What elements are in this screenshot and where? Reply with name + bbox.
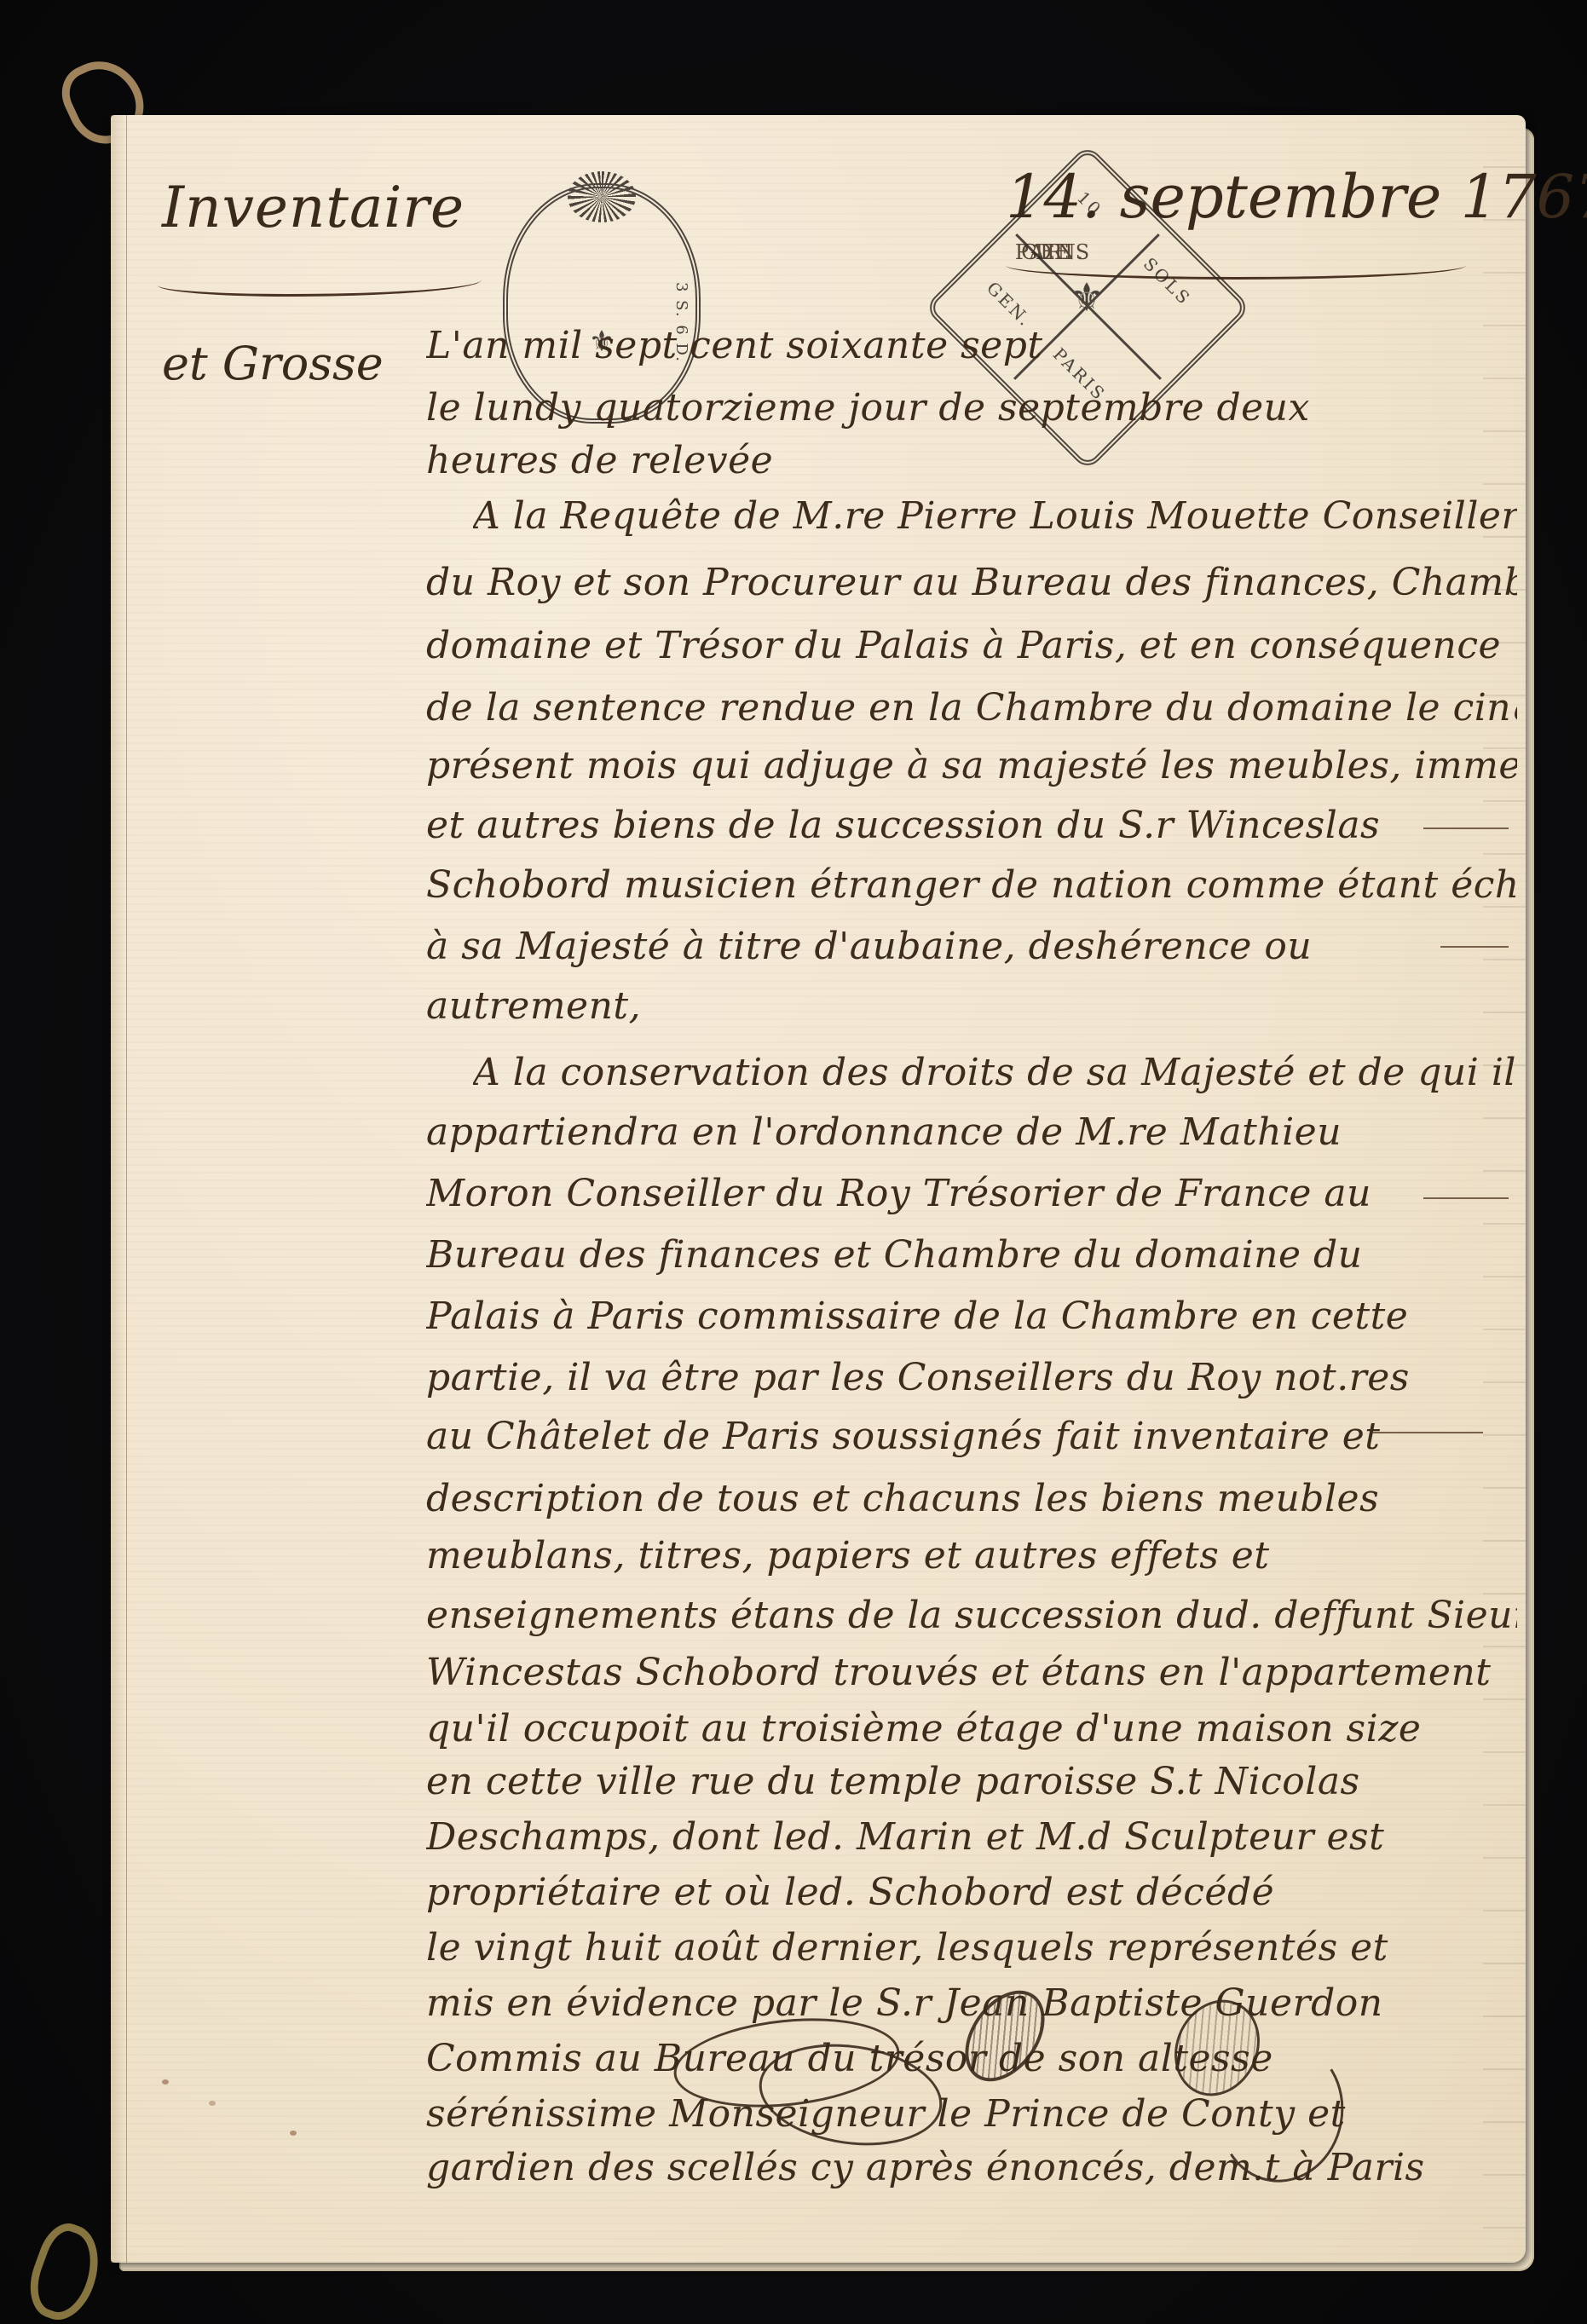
text-line: le vingt huit août dernier, lesquels rep… [426,1926,1517,1969]
text-line: et autres biens de la succession du S.r … [426,804,1517,847]
text-line: le lundy quatorzieme jour de septembre d… [426,386,1517,430]
text-line: présent mois qui adjuge à sa majesté les… [426,744,1517,787]
line-filler-rule [1423,1197,1509,1199]
foxing-spot [209,2101,216,2106]
text-line: en cette ville rue du temple paroisse S.… [426,1760,1517,1803]
line-filler-rule [1440,946,1509,948]
line-filler-rule [1423,828,1509,829]
margin-annotation: et Grosse [162,337,384,390]
document-page: Inventaire 14. septembre 1767 GEN. DE PA… [111,115,1526,2263]
text-line: autrement, [426,984,1517,1028]
text-line: sérénissime Monseigneur le Prince de Con… [426,2092,1517,2136]
stamp-cell: SOLS [1140,253,1196,309]
text-line: heures de relevée [426,439,1517,482]
text-line: appartiendra en l'ordonnance de M.re Mat… [426,1110,1517,1154]
foxing-spot [162,2079,169,2085]
stamp-cell: 10 [1073,187,1106,221]
text-line: A la Requête de M.re Pierre Louis Mouett… [473,494,1517,538]
text-line: Bureau des finances et Chambre du domain… [426,1233,1517,1277]
text-line: meublans, titres, papiers et autres effe… [426,1534,1517,1577]
text-line: A la conservation des droits de sa Majes… [473,1051,1517,1094]
text-line: domaine et Trésor du Palais à Paris, et … [426,624,1517,667]
document-title: Inventaire [162,175,465,240]
fleur-de-lis-icon: ⚜ [1069,274,1104,320]
text-line: Moron Conseiller du Roy Trésorier de Fra… [426,1172,1517,1215]
title-flourish [158,268,482,297]
text-line: Wincestas Schobord trouvés et étans en l… [426,1651,1517,1694]
text-line: de la sentence rendue en la Chambre du d… [426,686,1517,729]
binding-string-bottom [20,2217,111,2324]
text-line: L'an mil sept cent soixante sept [426,324,1517,367]
text-line: au Châtelet de Paris soussignés fait inv… [426,1415,1517,1458]
text-line: Palais à Paris commissaire de la Chambre… [426,1295,1517,1338]
text-line: enseignements étans de la succession dud… [426,1594,1517,1637]
text-line: à sa Majesté à titre d'aubaine, deshéren… [426,925,1517,968]
text-line: partie, il va être par les Conseillers d… [426,1356,1517,1399]
line-filler-rule [1372,1432,1483,1433]
text-line: gardien des scellés cy après énoncés, de… [426,2146,1517,2189]
text-line: Schobord musicien étranger de nation com… [426,863,1517,907]
text-line: propriétaire et où led. Schobord est déc… [426,1871,1517,1914]
foxing-spot [290,2131,297,2136]
text-line: mis en évidence par le S.r Jean Baptiste… [426,1981,1517,2025]
text-line: du Roy et son Procureur au Bureau des fi… [426,561,1517,604]
manuscript-scan: Inventaire 14. septembre 1767 GEN. DE PA… [0,0,1587,2324]
sunburst-icon [568,171,636,222]
text-line: Deschamps, dont led. Marin et M.d Sculpt… [426,1815,1517,1859]
text-line: description de tous et chacuns les biens… [426,1477,1517,1520]
binding-edge [111,115,127,2263]
text-line: qu'il occupoit au troisième étage d'une … [426,1707,1517,1750]
